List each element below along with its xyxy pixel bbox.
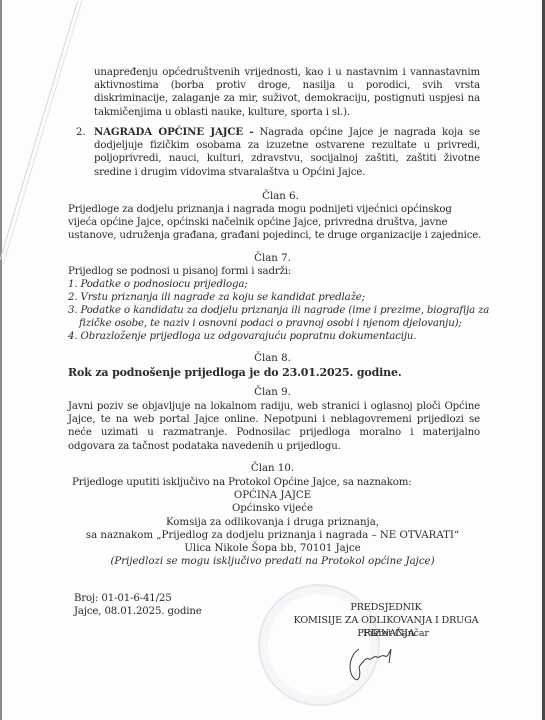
protocol-note: (Prijedlozi se mogu isključivo predati n… (0, 555, 545, 568)
clan7-intro: Prijedlog se podnosi u pisanoj formi i s… (68, 265, 291, 278)
clan6-text: Prijedloge za dodjelu priznanja i nagrad… (68, 203, 482, 243)
clan8-deadline: Rok za podnošenje prijedloga je do 23.01… (68, 366, 402, 379)
clan8-heading: Član 8. (0, 352, 545, 365)
address-line-5: Ulica Nikole Šopa bb, 70101 Jajce (0, 542, 545, 555)
clan6-heading: Član 6. (8, 190, 545, 203)
address-line-2: Općinsko vijeće (0, 502, 545, 515)
clan7-item-2: 2. Vrstu priznanja ili nagrade za koju s… (68, 291, 365, 304)
clan7-item-1: 1. Podatke o podnosiocu prijedloga; (68, 278, 248, 291)
clan7-heading: Član 7. (0, 252, 545, 265)
item2-paragraph: NAGRADA OPĆINE JAJCE - Nagrada općine Ja… (94, 126, 480, 179)
address-line-1: OPĆINA JAJCE (0, 489, 545, 502)
clan7-item-3: 3. Podatke o kandidatu za dodjelu prizna… (68, 304, 489, 317)
document-number: Broj: 01-01-6-41/25 (74, 592, 172, 605)
intro-paragraph: unapređenju općedruštvenih vrijednosti, … (94, 66, 480, 119)
clan10-intro: Prijedloge uputiti isključivo na Protoko… (72, 476, 412, 489)
signatory-title: PREDSJEDNIK (266, 601, 506, 614)
clan9-text: Javni poziv se objavljuje na lokalnom ra… (68, 400, 480, 453)
document-page: unapređenju općedruštvenih vrijednosti, … (0, 0, 545, 720)
place-date: Jajce, 08.01.2025. godine (74, 605, 202, 618)
signatory-name: Fikret Čančar (296, 627, 496, 640)
item2-number: 2. (76, 126, 85, 139)
clan9-heading: Član 9. (0, 386, 545, 399)
address-line-3: Komsija za odlikovanja i druga priznanja… (0, 516, 545, 529)
clan7-item-4: 4. Obrazloženje prijedloga uz odgovaraju… (68, 330, 416, 343)
address-line-4: sa naznakom „Prijedlog za dodjelu prizna… (0, 529, 545, 542)
clan7-item-3-continued: fizičke osobe, te naziv i osnovni podaci… (79, 317, 462, 330)
handwritten-signature (345, 645, 405, 685)
item2-title: NAGRADA OPĆINE JAJCE - (94, 126, 253, 138)
clan10-heading: Član 10. (0, 462, 545, 475)
